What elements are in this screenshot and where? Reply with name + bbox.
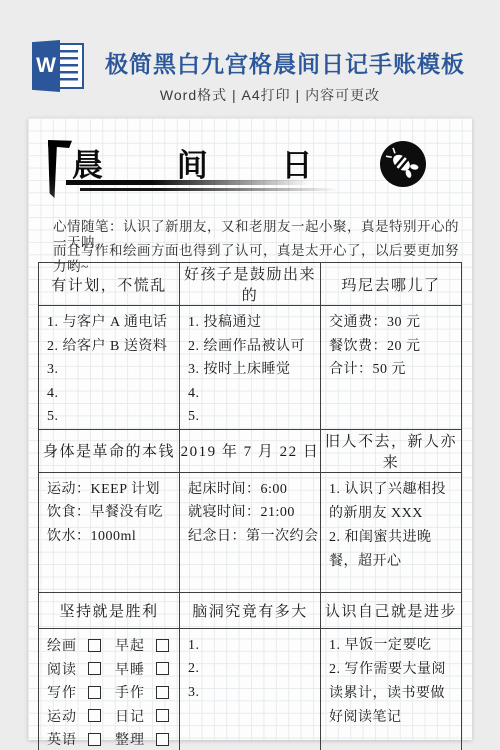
- word-icon: W: [32, 40, 86, 92]
- diary-line: 1. 与客户 A 通电话: [47, 311, 171, 335]
- diary-line: 合计：50 元: [329, 358, 453, 382]
- habit-label: 写作: [47, 682, 88, 702]
- document-preview: 晨 间 日 记 心情随笔：认识了新朋友，又和老朋友一起小聚，真是特别开心的一天呐…: [28, 118, 472, 740]
- diary-line: 就寝时间：21:00: [188, 501, 312, 525]
- habit-checkbox[interactable]: [156, 709, 169, 722]
- diary-line: 4.: [188, 382, 312, 406]
- diary-line: 3.: [188, 681, 312, 705]
- section-header-plan: 有计划，不慌乱: [39, 263, 180, 306]
- section-people: 1. 认识了兴趣相投的新朋友 XXX 2. 和闺蜜共进晚餐，超开心: [321, 472, 462, 592]
- section-header-praise: 好孩子是鼓励出来的: [180, 263, 321, 306]
- grid-content-row-3: 绘画 早起 阅读 早睡 写作 手作: [39, 628, 462, 750]
- diary-line: 4.: [47, 382, 171, 406]
- diary-line: 运动：KEEP 计划: [47, 478, 171, 502]
- diary-line: 2. 和闺蜜共进晚餐，超开心: [329, 526, 453, 574]
- grid-header-row-1: 有计划，不慌乱 好孩子是鼓励出来的 玛尼去哪儿了: [39, 263, 462, 306]
- diary-line: 1. 早饭一定要吃: [329, 634, 453, 658]
- nine-grid-table: 有计划，不慌乱 好孩子是鼓励出来的 玛尼去哪儿了 1. 与客户 A 通电话 2.…: [38, 262, 462, 750]
- diary-line: 2. 绘画作品被认可: [188, 335, 312, 359]
- bee-icon: [380, 141, 426, 187]
- diary-line: 2. 写作需要大量阅读累计，读书要做好阅读笔记: [329, 658, 453, 730]
- word-icon-letter: W: [32, 40, 60, 92]
- habit-row: 绘画 早起: [47, 634, 169, 658]
- habit-label: 早睡: [115, 659, 156, 679]
- diary-line: 起床时间：6:00: [188, 478, 312, 502]
- diary-line: 5.: [47, 405, 171, 429]
- section-date: 起床时间：6:00 就寝时间：21:00 纪念日：第一次约会: [180, 472, 321, 592]
- habit-row: 写作 手作: [47, 681, 169, 705]
- diary-line: 1.: [188, 634, 312, 658]
- section-ideas: 1. 2. 3.: [180, 628, 321, 750]
- habit-label: 运动: [47, 706, 88, 726]
- habit-checkbox[interactable]: [88, 639, 101, 652]
- diary-line: 3. 按时上床睡觉: [188, 358, 312, 382]
- section-progress: 1. 早饭一定要吃 2. 写作需要大量阅读累计，读书要做好阅读笔记: [321, 628, 462, 750]
- section-habits: 绘画 早起 阅读 早睡 写作 手作: [39, 628, 180, 750]
- habit-checkbox[interactable]: [156, 733, 169, 746]
- section-header-ideas: 脑洞究竟有多大: [180, 592, 321, 628]
- habit-checkbox[interactable]: [156, 639, 169, 652]
- section-header-date: 2019 年 7 月 22 日: [180, 429, 321, 472]
- grid-header-row-2: 身体是革命的本钱 2019 年 7 月 22 日 旧人不去，新人亦来: [39, 429, 462, 472]
- habit-label: 手作: [115, 682, 156, 702]
- habit-label: 英语: [47, 729, 88, 749]
- section-header-health: 身体是革命的本钱: [39, 429, 180, 472]
- diary-line: 饮水：1000ml: [47, 525, 171, 549]
- section-header-money: 玛尼去哪儿了: [321, 263, 462, 306]
- section-header-people: 旧人不去，新人亦来: [321, 429, 462, 472]
- habit-label: 日记: [115, 706, 156, 726]
- habit-checkbox[interactable]: [88, 662, 101, 675]
- diary-line: 1. 认识了兴趣相投的新朋友 XXX: [329, 478, 453, 526]
- diary-line: 5.: [188, 405, 312, 429]
- title-underline: [66, 180, 310, 185]
- diary-line: 2.: [188, 657, 312, 681]
- section-money: 交通费：30 元 餐饮费：20 元 合计：50 元: [321, 306, 462, 430]
- diary-line: 3.: [47, 358, 171, 382]
- grid-header-row-3: 坚持就是胜利 脑洞究竟有多大 认识自己就是进步: [39, 592, 462, 628]
- habit-checkbox[interactable]: [88, 709, 101, 722]
- diary-line: 餐饮费：20 元: [329, 335, 453, 359]
- habit-checkbox[interactable]: [88, 686, 101, 699]
- corner-bracket-icon: [48, 140, 57, 198]
- diary-line: 纪念日：第一次约会: [188, 525, 312, 549]
- habit-label: 绘画: [47, 635, 88, 655]
- title-underline: [80, 188, 338, 191]
- section-praise: 1. 投稿通过 2. 绘画作品被认可 3. 按时上床睡觉 4. 5.: [180, 306, 321, 430]
- habit-label: 整理: [115, 729, 156, 749]
- diary-line: 2. 给客户 B 送资料: [47, 335, 171, 359]
- section-header-habits: 坚持就是胜利: [39, 592, 180, 628]
- section-header-progress: 认识自己就是进步: [321, 592, 462, 628]
- habit-checkbox[interactable]: [156, 686, 169, 699]
- section-health: 运动：KEEP 计划 饮食：早餐没有吃 饮水：1000ml: [39, 472, 180, 592]
- diary-line: 交通费：30 元: [329, 311, 453, 335]
- habit-row: 英语 整理: [47, 728, 169, 750]
- habit-checkbox[interactable]: [88, 733, 101, 746]
- habit-label: 早起: [115, 635, 156, 655]
- grid-content-row-2: 运动：KEEP 计划 饮食：早餐没有吃 饮水：1000ml 起床时间：6:00 …: [39, 472, 462, 592]
- grid-content-row-1: 1. 与客户 A 通电话 2. 给客户 B 送资料 3. 4. 5. 1. 投稿…: [39, 306, 462, 430]
- diary-line: 饮食：早餐没有吃: [47, 501, 171, 525]
- section-plan: 1. 与客户 A 通电话 2. 给客户 B 送资料 3. 4. 5.: [39, 306, 180, 430]
- habit-row: 阅读 早睡: [47, 657, 169, 681]
- habit-checkbox[interactable]: [156, 662, 169, 675]
- habit-label: 阅读: [47, 659, 88, 679]
- habit-row: 运动 日记: [47, 704, 169, 728]
- diary-line: 1. 投稿通过: [188, 311, 312, 335]
- promo-header: W 极简黑白九宫格晨间日记手账模板 Word格式 | A4打印 | 内容可更改: [0, 0, 500, 118]
